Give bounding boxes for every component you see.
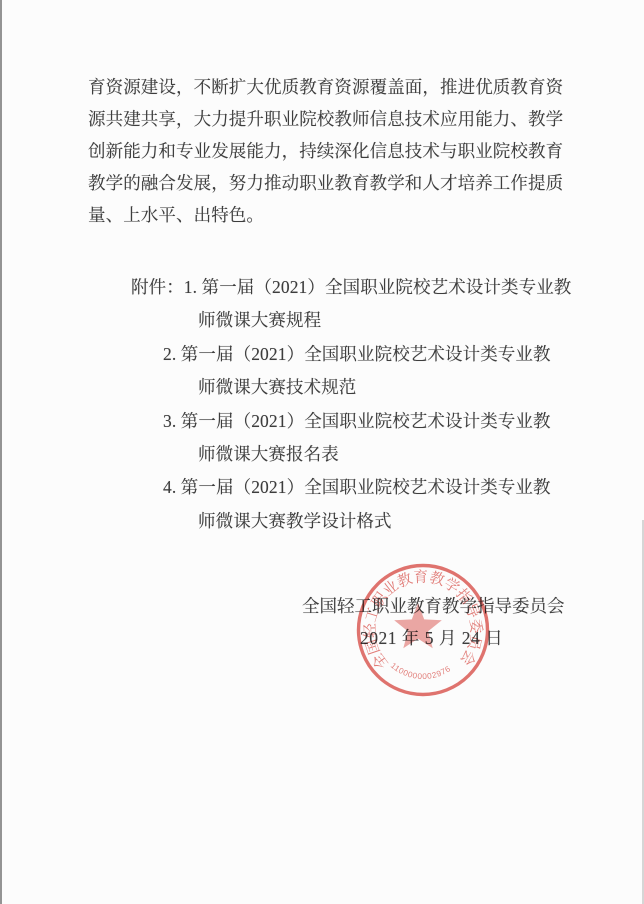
seal-code: 1100000002976 [389,661,453,681]
attachment-line: 师微课大赛报名表 [198,438,644,471]
attachment-line: 4. 第一届（2021）全国职业院校艺术设计类专业教 [163,471,644,504]
attachment-line: 师微课大赛教学设计格式 [198,505,644,538]
attachment-line: 3. 第一届（2021）全国职业院校艺术设计类专业教 [163,405,644,438]
attachment-line: 2. 第一届（2021）全国职业院校艺术设计类专业教 [163,338,644,371]
attachment-line: 师微课大赛技术规范 [198,371,644,404]
body-line: 创新能力和专业发展能力，持续深化信息技术与职业院校教育 [88,135,566,167]
seal-code-text-path: 1100000002976 [389,661,453,681]
body-line: 量、上水平、出特色。 [88,199,566,231]
attachment-list: 附件：1. 第一届（2021）全国职业院校艺术设计类专业教 师微课大赛规程 2.… [0,271,644,538]
attachment-line: 师微课大赛规程 [198,304,644,337]
body-line: 教学的融合发展，努力推动职业教育教学和人才培养工作提质 [88,167,566,199]
body-line: 源共建共享，大力提升职业院校教师信息技术应用能力、教学 [88,103,566,135]
body-paragraph: 育资源建设，不断扩大优质教育资源覆盖面，推进优质教育资 源共建共享，大力提升职业… [88,71,566,231]
body-line: 育资源建设，不断扩大优质教育资源覆盖面，推进优质教育资 [88,71,566,103]
official-seal: 全国轻工职业教育教学指导委员会 1100000002976 [353,560,493,700]
scanned-document-page: 育资源建设，不断扩大优质教育资源覆盖面，推进优质教育资 源共建共享，大力提升职业… [0,0,644,904]
attachment-line: 附件：1. 第一届（2021）全国职业院校艺术设计类专业教 [131,271,644,304]
seal-star-icon [394,603,442,648]
